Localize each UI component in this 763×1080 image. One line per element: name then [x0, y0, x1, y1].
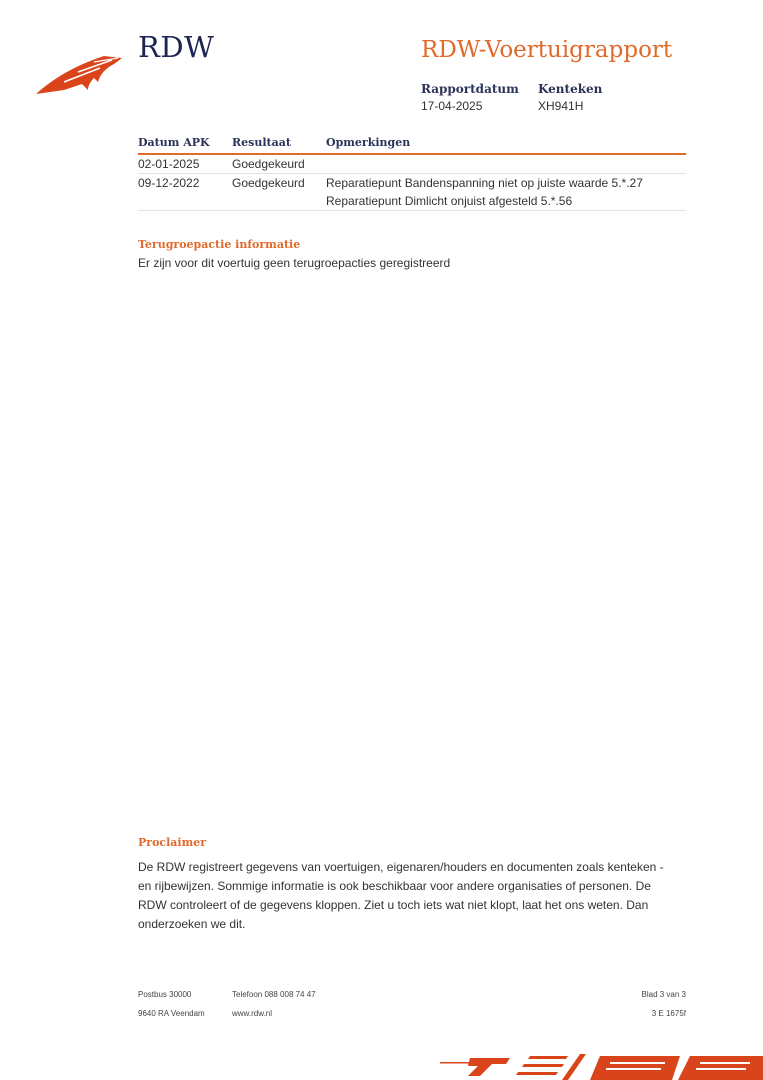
- report-date-label: Rapportdatum: [421, 82, 519, 96]
- apk-date: 09-12-2022: [138, 174, 232, 193]
- rdw-stripe-graphic-icon: [440, 1050, 763, 1080]
- recall-section-title: Terugroepactie informatie: [138, 238, 300, 251]
- footer-postbus: Postbus 30000: [138, 990, 191, 999]
- footer-page-number: Blad 3 van 3: [642, 990, 686, 999]
- apk-date: 02-01-2025: [138, 154, 232, 174]
- column-header-remarks: Opmerkingen: [326, 134, 686, 154]
- report-date-value: 17-04-2025: [421, 99, 482, 113]
- footer-document-code: 3 E 1675f: [652, 1009, 686, 1018]
- apk-result: Goedgekeurd: [232, 174, 326, 193]
- apk-remark: Reparatiepunt Dimlicht onjuist afgesteld…: [326, 192, 686, 211]
- proclaimer-text: De RDW registreert gegevens van voertuig…: [138, 858, 678, 934]
- rdw-logo-text: RDW: [138, 30, 214, 64]
- column-header-date: Datum APK: [138, 134, 232, 154]
- footer-phone: Telefoon 088 008 74 47: [232, 990, 316, 999]
- footer-address: 9640 RA Veendam: [138, 1009, 205, 1018]
- table-row-continuation: Reparatiepunt Dimlicht onjuist afgesteld…: [138, 192, 686, 211]
- apk-history-table: Datum APK Resultaat Opmerkingen 02-01-20…: [138, 134, 686, 211]
- apk-remarks: [326, 154, 686, 174]
- column-header-result: Resultaat: [232, 134, 326, 154]
- report-title: RDW-Voertuigrapport: [421, 37, 672, 63]
- table-row: 02-01-2025 Goedgekeurd: [138, 154, 686, 174]
- apk-result: Goedgekeurd: [232, 154, 326, 174]
- license-plate-label: Kenteken: [538, 82, 602, 96]
- license-plate-value: XH941H: [538, 99, 583, 113]
- table-row: 09-12-2022 Goedgekeurd Reparatiepunt Ban…: [138, 174, 686, 193]
- footer-website-link[interactable]: www.rdw.nl: [232, 1009, 272, 1018]
- proclaimer-title: Proclaimer: [138, 836, 206, 849]
- rdw-feather-logo-icon: [34, 48, 126, 98]
- apk-remark: Reparatiepunt Bandenspanning niet op jui…: [326, 174, 686, 193]
- recall-text: Er zijn voor dit voertuig geen terugroep…: [138, 256, 450, 270]
